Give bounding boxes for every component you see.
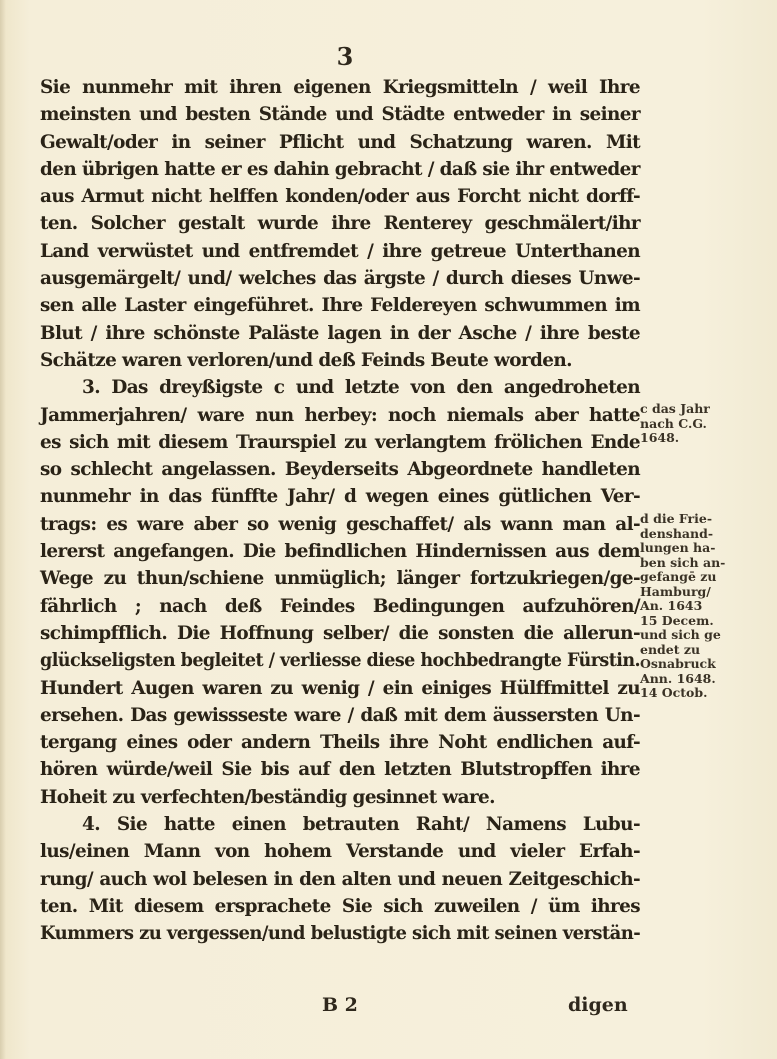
signature-mark: B 2 <box>322 994 358 1016</box>
body-text: Sie nunmehr mit ihren eigenen Kriegsmitt… <box>40 74 640 948</box>
book-page: 3 Sie nunmehr mit ihren eigenen Kriegsmi… <box>0 0 777 1059</box>
text-line: meinsten und besten Stände und Städte en… <box>40 101 640 128</box>
text-line: aus Armut nicht helffen konden/oder aus … <box>40 183 640 210</box>
text-line: den übrigen hatte er es dahin gebracht /… <box>40 156 640 183</box>
note-line: Hamburg/ <box>640 585 772 600</box>
text-line: fährlich ; nach deß Feindes Bedingungen … <box>40 593 640 620</box>
text-line: so schlecht angelassen. Beyderseits Abge… <box>40 456 640 483</box>
paragraph-start-4: 4. Sie hatte einen betrauten Raht/ Namen… <box>40 811 640 838</box>
text-line: schimpfflich. Die Hoffnung selber/ die s… <box>40 620 640 647</box>
text-line: nunmehr in das fünffte Jahr/ d wegen ein… <box>40 483 640 510</box>
text-line: ten. Solcher gestalt wurde ihre Renterey… <box>40 210 640 237</box>
text-line: lererst angefangen. Die befindlichen Hin… <box>40 538 640 565</box>
text-line: rung/ auch wol belesen in den alten und … <box>40 866 640 893</box>
text-line: ersehen. Das gewissseste ware / daß mit … <box>40 702 640 729</box>
paragraph-start-3: 3. Das dreyßigste c und letzte von den a… <box>40 374 640 401</box>
note-line: denshand- <box>640 527 772 542</box>
text-line: trags: es ware aber so wenig geschaffet/… <box>40 511 640 538</box>
page-number: 3 <box>330 42 360 71</box>
note-line: d die Frie- <box>640 512 772 527</box>
marginal-note-d: d die Frie- denshand- lungen ha- ben sic… <box>640 512 772 701</box>
note-line: ben sich an- <box>640 556 772 571</box>
text-line: glückseligsten begleitet / verliesse die… <box>40 647 640 674</box>
page-gutter-shadow <box>0 0 6 1059</box>
text-line: Jammerjahren/ ware nun herbey: noch niem… <box>40 402 640 429</box>
text-line: lus/einen Mann von hohem Verstande und v… <box>40 838 640 865</box>
note-line: lungen ha- <box>640 541 772 556</box>
catchword: digen <box>568 994 628 1016</box>
text-line: Kummers zu vergessen/und belustigte sich… <box>40 920 640 947</box>
text-line: Blut / ihre schönste Paläste lagen in de… <box>40 320 640 347</box>
text-line: Wege zu thun/schiene unmüglich; länger f… <box>40 565 640 592</box>
note-line: und sich ge <box>640 628 772 643</box>
text-line: tergang eines oder andern Theils ihre No… <box>40 729 640 756</box>
note-line: nach C.G. <box>640 417 772 432</box>
text-line: sen alle Laster eingeführet. Ihre Felder… <box>40 292 640 319</box>
text-line: Hoheit zu verfechten/beständig gesinnet … <box>40 784 640 811</box>
text-line: hören würde/weil Sie bis auf den letzten… <box>40 756 640 783</box>
text-line: Land verwüstet und entfremdet / ihre get… <box>40 238 640 265</box>
text-line: Hundert Augen waren zu wenig / ein einig… <box>40 675 640 702</box>
note-line: Osnabruck <box>640 657 772 672</box>
note-line: endet zu <box>640 643 772 658</box>
note-line: Ann. 1648. <box>640 672 772 687</box>
note-line: 15 Decem. <box>640 614 772 629</box>
text-line: Gewalt/oder in seiner Pflicht und Schatz… <box>40 129 640 156</box>
text-line: Schätze waren verloren/und deß Feinds Be… <box>40 347 640 374</box>
note-line: c das Jahr <box>640 402 772 417</box>
text-line: Sie nunmehr mit ihren eigenen Kriegsmitt… <box>40 74 640 101</box>
marginal-note-c: c das Jahr nach C.G. 1648. <box>640 402 772 446</box>
text-line: es sich mit diesem Traurspiel zu verlang… <box>40 429 640 456</box>
note-line: gefangē zu <box>640 570 772 585</box>
text-line: ten. Mit diesem ersprachete Sie sich zuw… <box>40 893 640 920</box>
note-line: An. 1643 <box>640 599 772 614</box>
note-line: 1648. <box>640 431 772 446</box>
note-line: 14 Octob. <box>640 686 772 701</box>
text-line: ausgemärgelt/ und/ welches das ärgste / … <box>40 265 640 292</box>
